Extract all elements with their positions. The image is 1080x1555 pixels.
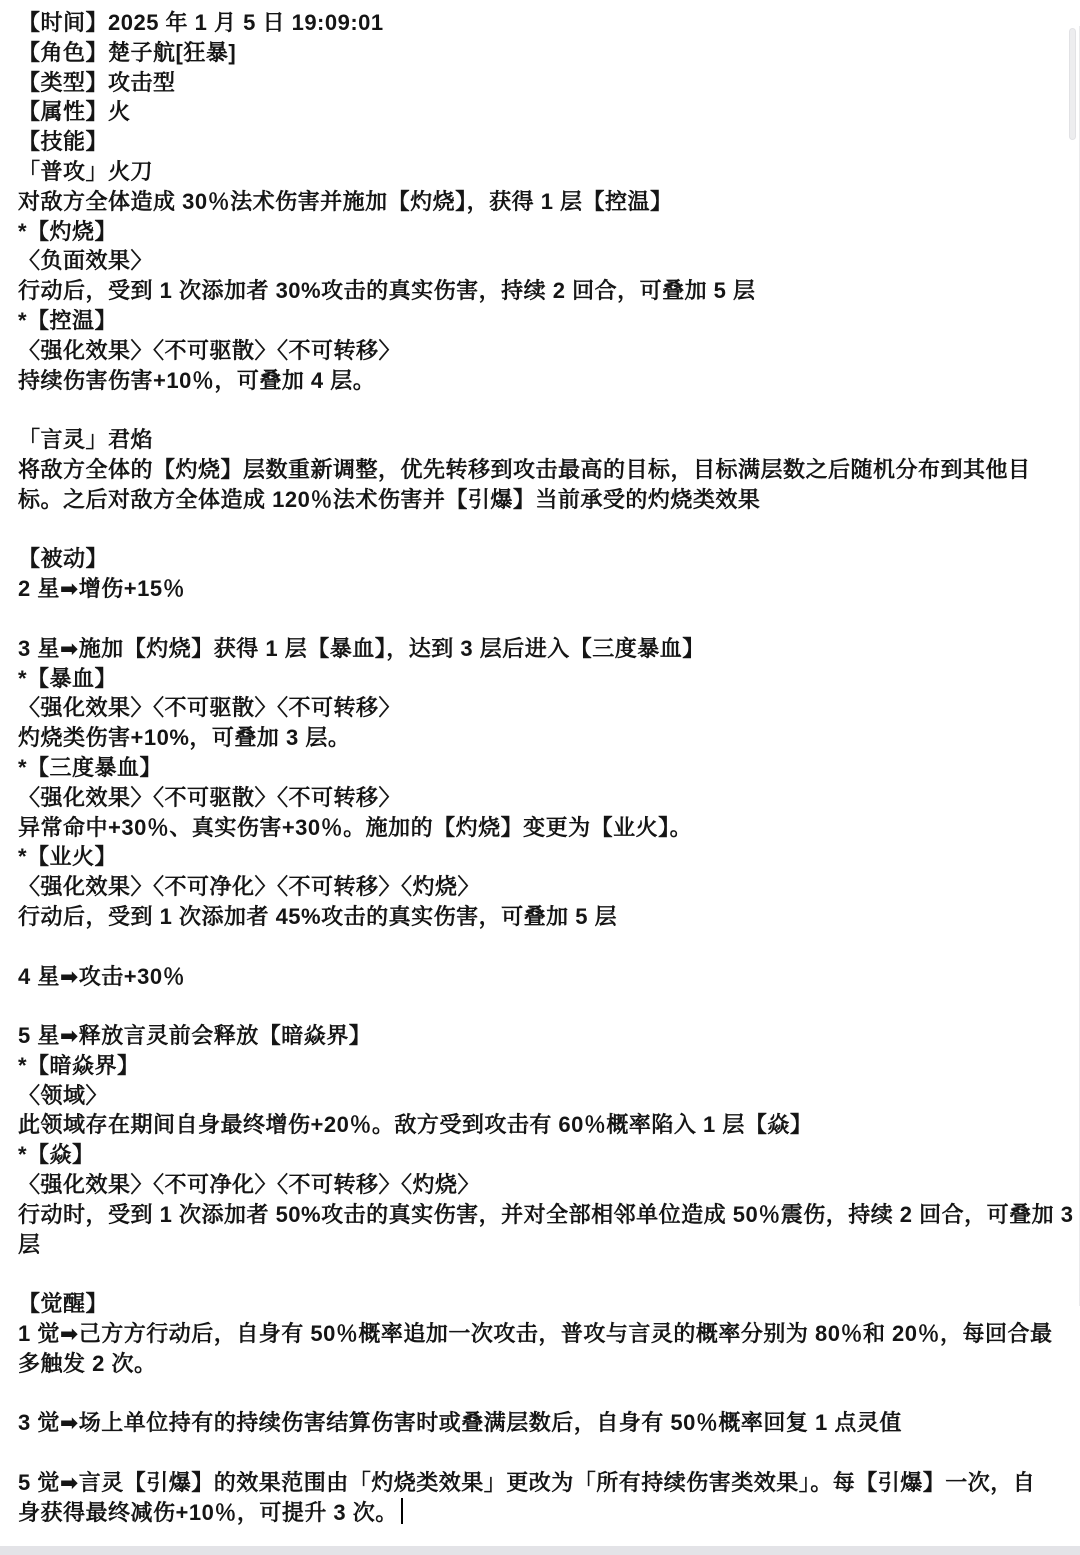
text-line: *【暴血】 — [18, 664, 1054, 694]
text-line — [18, 1438, 1054, 1468]
text-line: 〈领域〉 — [18, 1081, 1054, 1111]
text-line: 【技能】 — [18, 127, 1054, 157]
text-line: 层 — [18, 1230, 1054, 1260]
text-cursor — [401, 1498, 404, 1524]
text-line: 【属性】火 — [18, 97, 1054, 127]
text-line: 灼烧类伤害+10%，可叠加 3 层。 — [18, 723, 1054, 753]
text-line: 〈强化效果〉〈不可净化〉〈不可转移〉〈灼烧〉 — [18, 872, 1054, 902]
text-line — [18, 932, 1054, 962]
text-line: 行动时，受到 1 次添加者 50%攻击的真实伤害，并对全部相邻单位造成 50％震… — [18, 1200, 1054, 1230]
bottom-bar — [0, 1546, 1080, 1555]
text-line: 5 星➡释放言灵前会释放【暗焱界】 — [18, 1021, 1054, 1051]
document-page: 【时间】2025 年 1 月 5 日 19:09:01【角色】楚子航[狂暴]【类… — [0, 0, 1080, 1555]
text-line: 行动后，受到 1 次添加者 30%攻击的真实伤害，持续 2 回合，可叠加 5 层 — [18, 276, 1054, 306]
text-line: 【类型】攻击型 — [18, 68, 1054, 98]
text-line: 异常命中+30％、真实伤害+30％。施加的【灼烧】变更为【业火】。 — [18, 813, 1054, 843]
text-line: 【角色】楚子航[狂暴] — [18, 38, 1054, 68]
text-line: 对敌方全体造成 30％法术伤害并施加【灼烧】，获得 1 层【控温】 — [18, 187, 1054, 217]
text-line: 标。之后对敌方全体造成 120％法术伤害并【引爆】当前承受的灼烧类效果 — [18, 485, 1054, 515]
text-line: 2 星➡增伤+15％ — [18, 574, 1054, 604]
text-line: 1 觉➡己方方行动后，自身有 50％概率追加一次攻击，普攻与言灵的概率分别为 8… — [18, 1319, 1054, 1349]
text-line: 【被动】 — [18, 544, 1054, 574]
text-line — [18, 991, 1054, 1021]
text-line: *【灼烧】 — [18, 217, 1054, 247]
text-line: 持续伤害伤害+10％，可叠加 4 层。 — [18, 366, 1054, 396]
text-line — [18, 604, 1054, 634]
text-line: 4 星➡攻击+30％ — [18, 962, 1054, 992]
text-line: 〈强化效果〉〈不可净化〉〈不可转移〉〈灼烧〉 — [18, 1170, 1054, 1200]
text-line — [18, 515, 1054, 545]
text-line: 行动后，受到 1 次添加者 45%攻击的真实伤害，可叠加 5 层 — [18, 902, 1054, 932]
document-text[interactable]: 【时间】2025 年 1 月 5 日 19:09:01【角色】楚子航[狂暴]【类… — [18, 8, 1054, 1528]
text-line: 「普攻」火刀 — [18, 157, 1054, 187]
text-line: 多触发 2 次。 — [18, 1349, 1054, 1379]
text-line: 「言灵」君焰 — [18, 425, 1054, 455]
text-line: 3 觉➡场上单位持有的持续伤害结算伤害时或叠满层数后，自身有 50％概率回复 1… — [18, 1408, 1054, 1438]
scrollbar-thumb[interactable] — [1069, 28, 1076, 140]
text-line: 此领域存在期间自身最终增伤+20％。敌方受到攻击有 60％概率陷入 1 层【焱】 — [18, 1110, 1054, 1140]
text-line: 【觉醒】 — [18, 1289, 1054, 1319]
text-line: *【业火】 — [18, 842, 1054, 872]
text-line: 〈强化效果〉〈不可驱散〉〈不可转移〉 — [18, 336, 1054, 366]
text-line: 将敌方全体的【灼烧】层数重新调整，优先转移到攻击最高的目标，目标满层数之后随机分… — [18, 455, 1054, 485]
text-line — [18, 1379, 1054, 1409]
text-line: *【三度暴血】 — [18, 753, 1054, 783]
text-line: 【时间】2025 年 1 月 5 日 19:09:01 — [18, 8, 1054, 38]
text-line — [18, 1259, 1054, 1289]
text-line — [18, 395, 1054, 425]
text-line: *【焱】 — [18, 1140, 1054, 1170]
text-line: 3 星➡施加【灼烧】获得 1 层【暴血】，达到 3 层后进入【三度暴血】 — [18, 634, 1054, 664]
text-line: 〈强化效果〉〈不可驱散〉〈不可转移〉 — [18, 783, 1054, 813]
text-line: 〈强化效果〉〈不可驱散〉〈不可转移〉 — [18, 693, 1054, 723]
text-line: 〈负面效果〉 — [18, 246, 1054, 276]
text-line: 身获得最终减伤+10％，可提升 3 次。 — [18, 1498, 1054, 1528]
text-line: *【控温】 — [18, 306, 1054, 336]
text-line: *【暗焱界】 — [18, 1051, 1054, 1081]
text-line: 5 觉➡言灵【引爆】的效果范围由「灼烧类效果」更改为「所有持续伤害类效果」。每【… — [18, 1468, 1054, 1498]
